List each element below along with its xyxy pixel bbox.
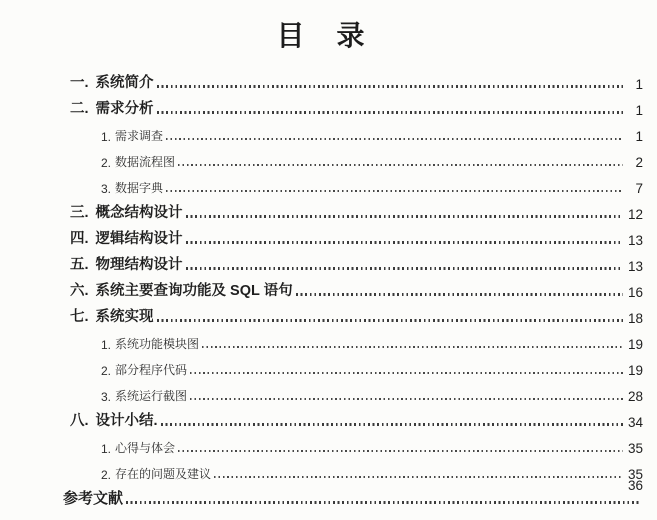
toc-entry-number: 八.: [70, 409, 89, 430]
toc-entry-page: 1: [627, 104, 643, 118]
toc-entry: 参考文献 36: [0, 484, 643, 510]
toc-entry-number: 四.: [70, 227, 89, 248]
dot-leader: [166, 138, 623, 140]
toc-entry-label: 设计小结.: [96, 409, 158, 430]
toc-entry-number: 七.: [70, 305, 89, 326]
toc-entry: 四. 逻辑结构设计 13: [0, 224, 643, 250]
toc-entry-number: 六.: [70, 279, 89, 300]
toc-entry-label: 逻辑结构设计: [96, 227, 183, 248]
page-title: 目 录: [0, 16, 643, 56]
toc-entry-label: 需求调查: [115, 127, 163, 144]
dot-leader: [161, 423, 623, 426]
toc-entry-page: 18: [627, 312, 643, 326]
toc-entry-number: 二.: [70, 97, 89, 118]
toc-entry-page: 16: [627, 286, 643, 300]
dot-leader: [178, 164, 623, 166]
dot-leader: [186, 215, 623, 218]
toc-entry-page: 12: [627, 208, 643, 222]
toc-entry: 1. 心得与体会 35: [0, 432, 643, 458]
toc-entry-number: 2.: [101, 364, 111, 378]
dot-leader: [157, 319, 623, 322]
toc-entry-label: 系统简介: [96, 71, 154, 92]
toc-entry: 1. 需求调查 1: [0, 120, 643, 146]
toc-entry: 2. 存在的问题及建议 35: [0, 458, 643, 484]
toc-entry-number: 3.: [101, 182, 111, 196]
dot-leader: [190, 372, 623, 374]
toc-entry-label: 系统功能模块图: [115, 335, 199, 352]
toc-entry-number: 1.: [101, 338, 111, 352]
toc-entry-number: 五.: [70, 253, 89, 274]
toc-entry-label: 数据流程图: [115, 153, 175, 170]
toc-entry: 一. 系统简介 1: [0, 68, 643, 94]
toc-entry-label: 需求分析: [96, 97, 154, 118]
dot-leader: [186, 267, 623, 270]
toc-entry-page: 13: [627, 234, 643, 248]
toc-entry-number: 1.: [101, 130, 111, 144]
toc-entry-number: 2.: [101, 156, 111, 170]
toc-entry-number: 3.: [101, 390, 111, 404]
toc-entry: 2. 部分程序代码 19: [0, 354, 643, 380]
toc-entry: 3. 数据字典 7: [0, 172, 643, 198]
toc-entry-page: 35: [627, 442, 643, 456]
toc-entry: 2. 数据流程图 2: [0, 146, 643, 172]
toc-entry-label: 数据字典: [115, 179, 163, 196]
toc-page: 目 录 一. 系统简介 1 二. 需求分析 1 1. 需求调查 1 2. 数据流…: [0, 0, 657, 520]
toc-entry-page: 19: [627, 364, 643, 378]
toc-entry-page: 34: [627, 416, 643, 430]
toc-list: 一. 系统简介 1 二. 需求分析 1 1. 需求调查 1 2. 数据流程图 2…: [0, 68, 643, 510]
toc-entry: 3. 系统运行截图 28: [0, 380, 643, 406]
toc-entry-label: 存在的问题及建议: [115, 465, 211, 482]
toc-entry-number: 2.: [101, 468, 111, 482]
toc-entry: 三. 概念结构设计 12: [0, 198, 643, 224]
dot-leader: [157, 111, 623, 114]
toc-entry-page: 7: [627, 182, 643, 196]
toc-entry-label: 概念结构设计: [96, 201, 183, 222]
toc-entry-page: 2: [627, 156, 643, 170]
toc-entry-label: 物理结构设计: [96, 253, 183, 274]
dot-leader: [190, 398, 623, 400]
toc-entry: 八. 设计小结. 34: [0, 406, 643, 432]
toc-entry-page: 36: [627, 479, 643, 493]
toc-entry-number: 三.: [70, 201, 89, 222]
toc-entry-number: 1.: [101, 442, 111, 456]
toc-entry: 五. 物理结构设计 13: [0, 250, 643, 276]
toc-entry: 二. 需求分析 1: [0, 94, 643, 120]
toc-entry-label: 部分程序代码: [115, 361, 187, 378]
toc-entry-page: 1: [627, 130, 643, 144]
toc-entry-label: 心得与体会: [115, 439, 175, 456]
toc-entry: 1. 系统功能模块图 19: [0, 328, 643, 354]
dot-leader: [166, 190, 623, 192]
dot-leader: [296, 293, 623, 296]
dot-leader: [202, 346, 623, 348]
dot-leader: [186, 241, 623, 244]
toc-entry-page: 1: [627, 78, 643, 92]
dot-leader: [157, 85, 623, 88]
toc-entry-label: 系统主要查询功能及 SQL 语句: [96, 279, 293, 300]
toc-entry: 七. 系统实现 18: [0, 302, 643, 328]
toc-entry-page: 19: [627, 338, 643, 352]
toc-entry-label: 系统运行截图: [115, 387, 187, 404]
toc-entry-label: 参考文献: [63, 487, 123, 508]
toc-entry-page: 13: [627, 260, 643, 274]
toc-entry-page: 28: [627, 390, 643, 404]
dot-leader: [178, 450, 623, 452]
dot-leader: [126, 501, 639, 504]
toc-entry-number: 一.: [70, 71, 89, 92]
dot-leader: [214, 476, 623, 478]
toc-entry: 六. 系统主要查询功能及 SQL 语句 16: [0, 276, 643, 302]
toc-entry-label: 系统实现: [96, 305, 154, 326]
